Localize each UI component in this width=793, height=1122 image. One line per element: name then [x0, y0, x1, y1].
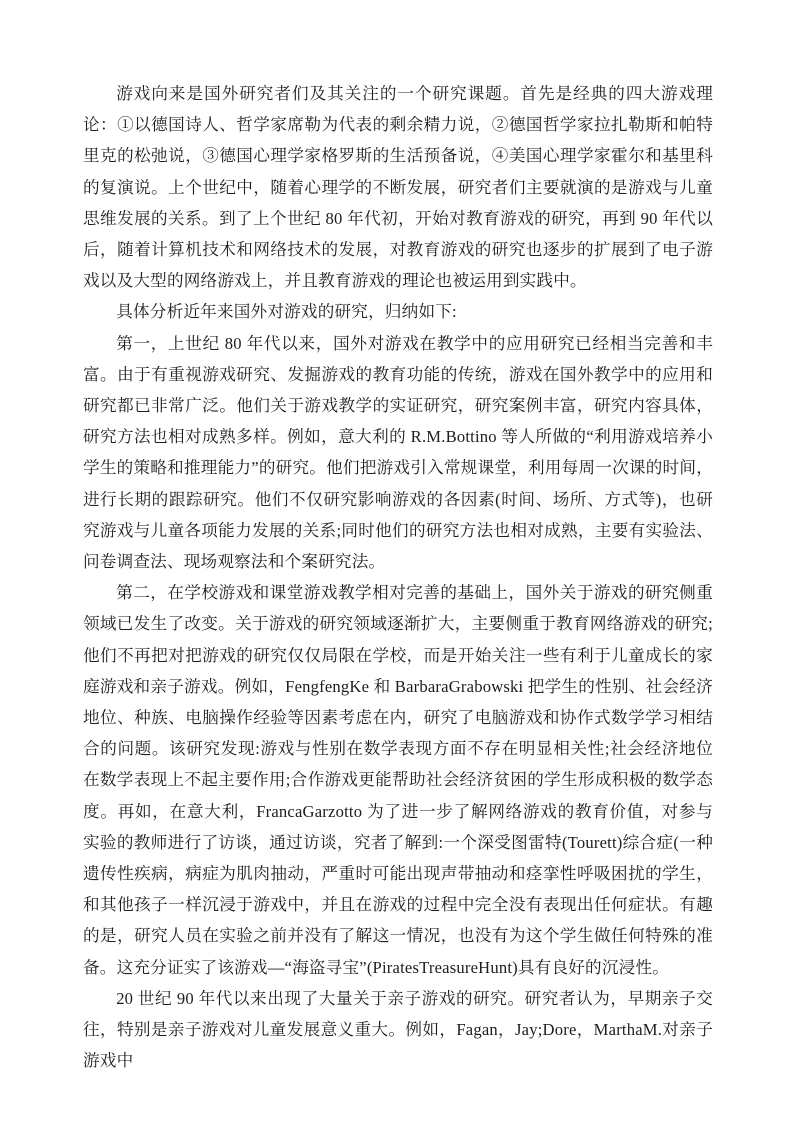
- document-body: 游戏向来是国外研究者们及其关注的一个研究课题。首先是经典的四大游戏理论：①以德国…: [83, 78, 713, 1077]
- paragraph-parent-child-games: 20 世纪 90 年代以来出现了大量关于亲子游戏的研究。研究者认为，早期亲子交往…: [83, 983, 713, 1077]
- paragraph-point-two: 第二，在学校游戏和课堂游戏教学相对完善的基础上，国外关于游戏的研究侧重领域已发生…: [83, 577, 713, 983]
- paragraph-point-one: 第一，上世纪 80 年代以来，国外对游戏在教学中的应用研究已经相当完善和丰富。由…: [83, 328, 713, 578]
- document-page: 游戏向来是国外研究者们及其关注的一个研究课题。首先是经典的四大游戏理论：①以德国…: [0, 0, 793, 1122]
- paragraph-intro-theories: 游戏向来是国外研究者们及其关注的一个研究课题。首先是经典的四大游戏理论：①以德国…: [83, 78, 713, 296]
- paragraph-summary-lead: 具体分析近年来国外对游戏的研究，归纳如下:: [83, 296, 713, 327]
